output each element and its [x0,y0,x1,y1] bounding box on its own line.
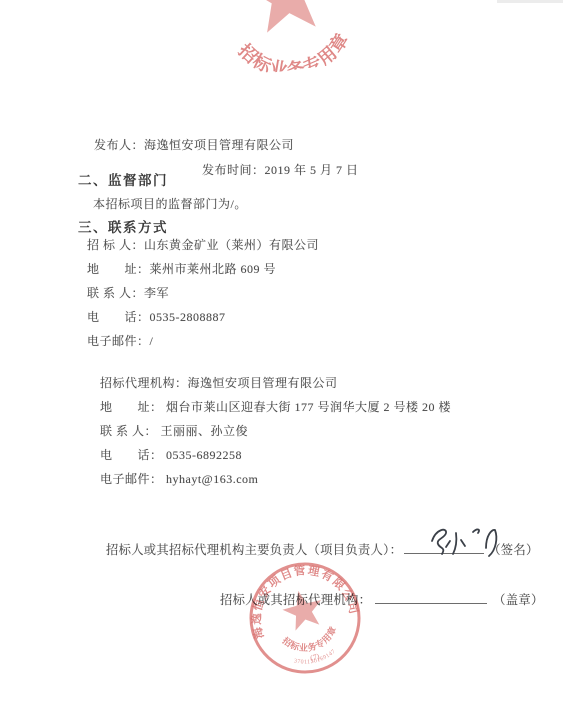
row-value: 0535-2808887 [150,310,226,324]
star-icon [243,0,331,35]
row-label: 电 话： [87,310,150,324]
scanned-document-page: 海逸恒安项目管理有限公司 招标业务专用章 (7) 3701120169147 发… [0,0,575,724]
tenderer-contact-block: 招 标 人：山东黄金矿业（莱州）有限公司 地 址：莱州市莱州北路 609 号 联… [87,238,319,358]
row-label: 电子邮件： [100,472,163,486]
agency-row: 电 话： 0535-6892258 [100,448,451,462]
row-label: 招标代理机构： [100,376,188,390]
row-label: 招 标 人： [87,238,144,252]
agency-row: 电子邮件： hyhayt@163.com [100,472,451,486]
row-value: 烟台市莱山区迎春大街 177 号润华大厦 2 号楼 20 楼 [163,400,452,414]
tenderer-row: 联 系 人：李军 [87,286,319,300]
row-label: 电 话： [100,448,163,462]
row-value: 山东黄金矿业（莱州）有限公司 [144,238,319,252]
seal-purpose-arc-text: 招标业务专用章 [232,26,356,77]
tenderer-row: 地 址：莱州市莱州北路 609 号 [87,262,319,276]
tenderer-row: 招 标 人：山东黄金矿业（莱州）有限公司 [87,238,319,252]
tenderer-row: 电 话：0535-2808887 [87,310,319,324]
agency-row: 联 系 人： 王丽丽、孙立俊 [100,424,451,438]
signature-line-label: 招标人或其招标代理机构主要负责人（项目负责人）： [106,540,402,558]
row-value: 王丽丽、孙立俊 [157,424,248,438]
star-icon [279,586,327,632]
row-value: / [150,334,154,348]
row-label: 电子邮件： [87,334,150,348]
agency-row: 招标代理机构：海逸恒安项目管理有限公司 [100,376,451,390]
row-label: 联 系 人： [87,286,144,300]
row-label: 联 系 人： [100,424,157,438]
red-seal-top: 海逸恒安项目管理有限公司 招标业务专用章 (7) 3701120169147 [222,0,356,77]
svg-text:3701120169147: 3701120169147 [253,74,345,76]
handwritten-signature [426,521,511,561]
red-seal-bottom: 海逸恒安项目管理有限公司 招标业务专用章 (7) 3701120169147 [232,545,377,690]
publish-date-label: 发布时间： [202,163,265,177]
agency-row: 地 址： 烟台市莱山区迎春大街 177 号润华大厦 2 号楼 20 楼 [100,400,451,414]
seal-serial-arc-text: 3701120169147 [253,74,345,76]
svg-text:招标业务专用章: 招标业务专用章 [232,26,356,77]
section2-body: 本招标项目的监督部门为/。 [93,195,247,212]
seal-blank-line [375,591,487,604]
row-label: 地 址： [100,400,163,414]
row-value: hyhayt@163.com [163,472,259,486]
row-label: 地 址： [87,262,150,276]
tenderer-row: 电子邮件：/ [87,334,319,348]
publish-date-line: 发布时间：2019 年 5 月 7 日 [188,146,359,193]
seal-suffix: （盖章） [493,590,543,608]
publish-date-value: 2019 年 5 月 7 日 [265,163,359,177]
scan-artifact [497,0,563,3]
publisher-label: 发布人： [94,138,144,152]
row-value: 莱州市莱州北路 609 号 [150,262,277,276]
row-value: 李军 [144,286,169,300]
agency-contact-block: 招标代理机构：海逸恒安项目管理有限公司 地 址： 烟台市莱山区迎春大街 177 … [100,376,451,496]
section3-heading: 三、联系方式 [78,216,168,236]
section2-heading: 二、监督部门 [78,169,168,189]
row-value: 海逸恒安项目管理有限公司 [188,376,338,390]
row-value: 0535-6892258 [163,448,243,462]
